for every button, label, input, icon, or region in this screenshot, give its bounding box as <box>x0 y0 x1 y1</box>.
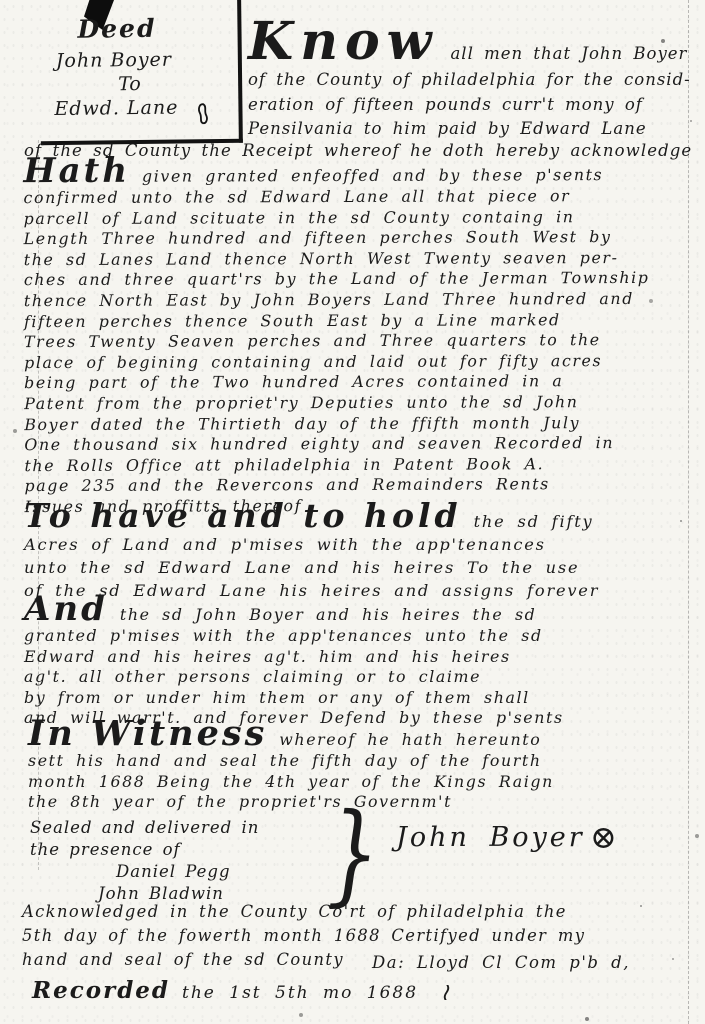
deed-line: being part of the Two hundred Acres cont… <box>24 371 650 394</box>
deed-line: parcell of Land scituate in the sd Count… <box>24 207 650 230</box>
docket-mark-icon <box>195 102 210 129</box>
docket-title: Deed <box>77 13 237 44</box>
recording-note: Recorded the 1st 5th mo 1688 ≀ <box>32 976 449 1004</box>
witness-first-line: whereof he hath hereunto <box>279 730 541 751</box>
deed-line: Pensilvania to him paid by Edward Lane <box>248 117 698 142</box>
docket-grantee: Edwd. Lane <box>54 97 178 121</box>
deed-line: granted p'mises with the app'tenances un… <box>24 626 564 647</box>
deed-line: ches and three quart'rs by the Land of t… <box>24 268 650 291</box>
deed-line: Patent from the propriet'ry Deputies unt… <box>24 392 650 415</box>
grantor-mark-icon: ⊗ <box>590 818 617 856</box>
deed-line: month 1688 Being the 4th year of the Kin… <box>28 772 554 793</box>
heading-hath: Hath <box>23 154 130 188</box>
deed-scan-page: Deed John Boyer To Edwd. Lane Know all m… <box>0 0 705 1024</box>
attestation-block: Sealed and delivered in the presence of … <box>30 817 259 905</box>
deed-line: unto the sd Edward Lane and his heires T… <box>24 556 599 579</box>
habendum-first-line: the sd fifty <box>474 510 594 533</box>
attestation-brace: } <box>327 798 380 908</box>
deed-line: by from or under him them or any of them… <box>24 688 564 709</box>
deed-line: eration of fifteen pounds curr't mony of <box>248 93 698 118</box>
granting-clause: Hath given granted enfeoffed and by thes… <box>23 152 650 518</box>
deed-line: Acres of Land and p'mises with the app't… <box>24 533 599 556</box>
deed-line: ag't. all other persons claiming or to c… <box>24 667 564 688</box>
warranty-first-line: the sd John Boyer and his heires the sd <box>120 605 537 626</box>
deed-line: the 8th year of the propriet'rs Governm'… <box>28 792 554 813</box>
grant-first-line: given granted enfeoffed and by these p's… <box>142 165 603 187</box>
docket-box: Deed John Boyer To Edwd. Lane <box>39 0 243 145</box>
deed-line: of the County of philadelphia for the co… <box>248 68 698 93</box>
deed-line: page 235 and the Revercons and Remainder… <box>24 474 650 497</box>
recording-date: the 1st 5th mo 1688 <box>182 983 418 1003</box>
warranty-clause: And the sd John Boyer and his heires the… <box>24 592 564 729</box>
flourish-mark-icon: ≀ <box>440 978 449 1006</box>
clerk-signature: Da: Lloyd Cl Com p'b d, <box>372 953 630 972</box>
deed-line: confirmed unto the sd Edward Lane all th… <box>23 186 649 209</box>
witness-clause: In Witness whereof he hath hereunto sett… <box>28 716 554 813</box>
docket-to: To <box>118 72 238 95</box>
opening-clause: Know all men that John Boyer of the Coun… <box>248 16 698 142</box>
heading-recorded: Recorded <box>32 979 170 1002</box>
deed-line: place of begining containing and laid ou… <box>24 351 650 374</box>
attestation-line: the presence of <box>30 839 259 861</box>
deed-line: Length Three hundred and fifteen perches… <box>24 227 650 250</box>
deed-line: sett his hand and seal the fifth day of … <box>28 751 554 772</box>
scan-noise-speckles <box>0 0 2 2</box>
deed-line: the sd Lanes Land thence North West Twen… <box>24 248 650 271</box>
deed-line: fifteen perches thence South East by a L… <box>24 309 650 332</box>
opening-first-line: all men that John Boyer <box>450 42 687 67</box>
deed-line: thence North East by John Boyers Land Th… <box>24 289 650 312</box>
heading-in-witness: In Witness <box>28 716 267 751</box>
heading-to-have-and-to-hold: To have and to hold <box>24 499 462 532</box>
deed-line: One thousand six hundred eighty and seav… <box>24 433 650 456</box>
attestation-line: Sealed and delivered in <box>30 817 259 839</box>
deed-line: Trees Twenty Seaven perches and Three qu… <box>24 330 650 353</box>
deed-line: Acknowledged in the County Co'rt of phil… <box>22 900 585 924</box>
docket-grantor: John Boyer <box>56 48 238 72</box>
heading-and: And <box>24 592 108 626</box>
deed-line: Edward and his heires ag't. him and his … <box>24 647 564 668</box>
deed-line: Boyer dated the Thirtieth day of the ffi… <box>24 412 650 435</box>
deed-line: 5th day of the fowerth month 1688 Certif… <box>22 924 585 948</box>
witness-name-daniel-pegg: Daniel Pegg <box>116 861 259 883</box>
deed-line: the Rolls Office att philadelphia in Pat… <box>24 454 650 477</box>
habendum-clause: To have and to hold the sd fifty Acres o… <box>24 499 599 602</box>
grantor-signature: John Boyer <box>396 822 585 853</box>
heading-know: Know <box>248 16 438 68</box>
